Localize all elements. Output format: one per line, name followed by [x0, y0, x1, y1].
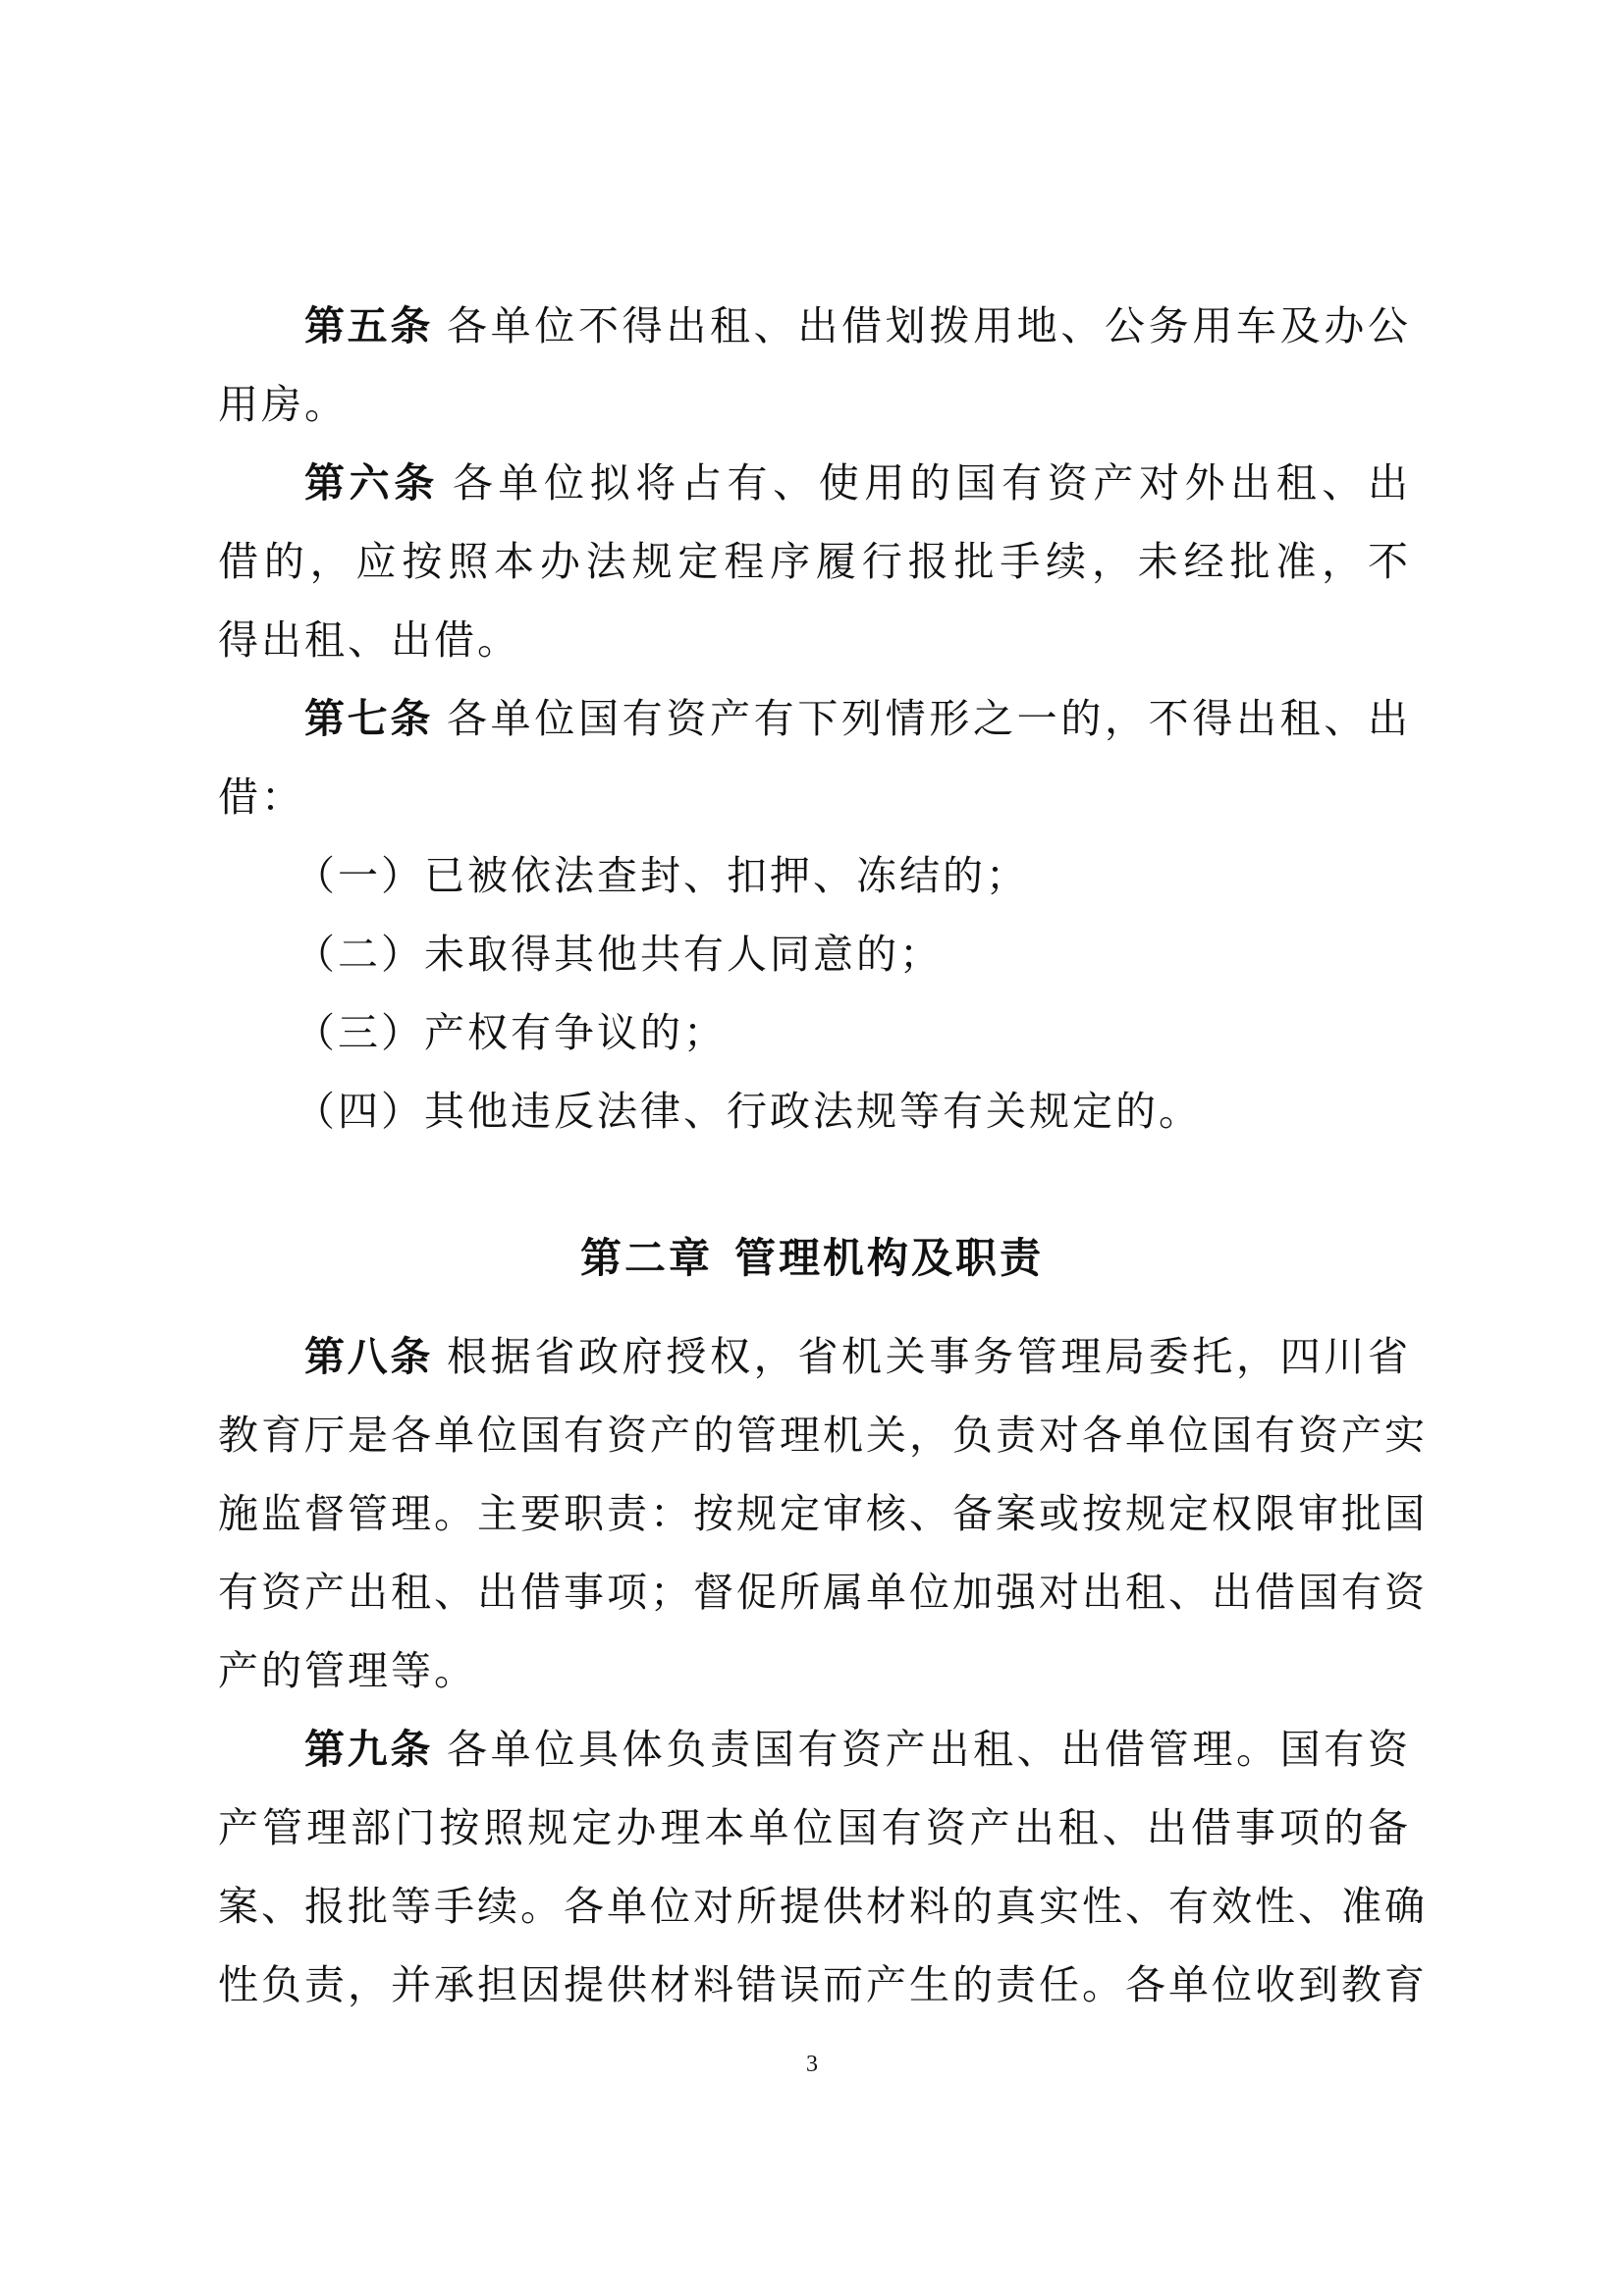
article-8-line-4: 有资产出租、出借事项；督促所属单位加强对出租、出借国有资 — [218, 1563, 1411, 1622]
article-8-line-1: 第八条根据省政府授权，省机关事务管理局委托，四川省 — [304, 1327, 1411, 1386]
article-label: 第八条 — [304, 1333, 433, 1380]
article-6-line-1: 第六条各单位拟将占有、使用的国有资产对外出租、出 — [304, 454, 1411, 512]
chapter-number: 第二章 — [580, 1234, 713, 1282]
article-9-line-4: 性负责，并承担因提供材料错误而产生的责任。各单位收到教育 — [218, 1955, 1411, 2014]
article-8-line-2: 教育厅是各单位国有资产的管理机关，负责对各单位国有资产实 — [218, 1406, 1411, 1465]
article-8-line-5: 产的管理等。 — [218, 1641, 1411, 1700]
document-page: 第五条各单位不得出租、出借划拨用地、公务用车及办公 用房。 第六条各单位拟将占有… — [0, 0, 1624, 2296]
article-6-line-3: 得出租、出借。 — [218, 611, 1411, 669]
article-label: 第七条 — [304, 695, 433, 742]
chapter-heading: 第二章管理机构及职责 — [0, 1229, 1624, 1288]
article-7-line-1: 第七条各单位国有资产有下列情形之一的，不得出租、出 — [304, 689, 1411, 748]
article-7-item-4: （四）其他违反法律、行政法规等有关规定的。 — [295, 1082, 1488, 1141]
article-5-line-1: 第五条各单位不得出租、出借划拨用地、公务用车及办公 — [304, 296, 1411, 355]
article-9-line-3: 案、报批等手续。各单位对所提供材料的真实性、有效性、准确 — [218, 1877, 1411, 1936]
article-label: 第五条 — [304, 302, 433, 349]
article-8-line-3: 施监督管理。主要职责：按规定审核、备案或按规定权限审批国 — [218, 1484, 1411, 1543]
page-number: 3 — [0, 2052, 1624, 2078]
article-9-line-1: 第九条各单位具体负责国有资产出租、出借管理。国有资 — [304, 1720, 1411, 1779]
article-7-item-1: （一）已被依法查封、扣押、冻结的； — [295, 846, 1488, 905]
article-label: 第六条 — [304, 459, 439, 507]
article-5-line-2: 用房。 — [218, 375, 1411, 434]
article-7-item-2: （二）未取得其他共有人同意的； — [295, 925, 1488, 984]
article-7-line-2: 借： — [218, 768, 1411, 827]
article-6-line-2: 借的，应按照本办法规定程序履行报批手续，未经批准，不 — [218, 532, 1411, 591]
article-label: 第九条 — [304, 1726, 433, 1773]
article-7-item-3: （三）产权有争议的； — [295, 1003, 1488, 1062]
chapter-title: 管理机构及职责 — [734, 1234, 1044, 1282]
article-9-line-2: 产管理部门按照规定办理本单位国有资产出租、出借事项的备 — [218, 1798, 1411, 1857]
